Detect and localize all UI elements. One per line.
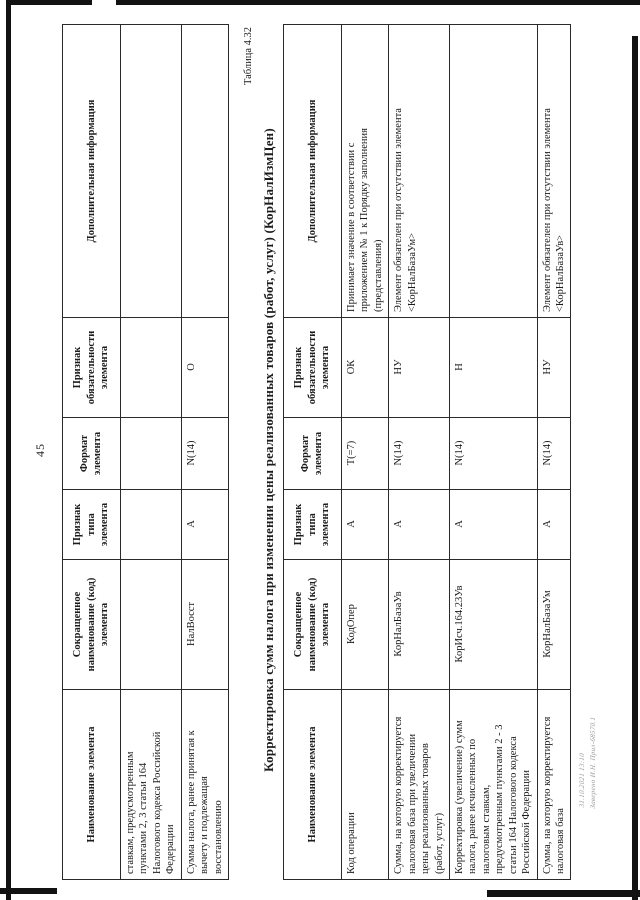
cell-element-required: ОК <box>341 318 388 418</box>
cell-element-format: N(14) <box>389 418 450 490</box>
page-number: 45 <box>33 0 48 900</box>
main-table: Наименование элемента Сокращенное наимен… <box>283 24 571 880</box>
table-row: Код операции КодОпер А Т(=7) ОК Принимае… <box>341 25 388 880</box>
cell-element-name: Сумма налога, ранее принятая к вычету и … <box>181 690 228 880</box>
table-row: Корректировка (увеличение) сумм налога, … <box>449 25 537 880</box>
cell-element-format <box>120 418 181 490</box>
cell-element-format: N(14) <box>449 418 537 490</box>
cell-element-code: КодОпер <box>341 560 388 690</box>
col-header-name: Наименование элемента <box>284 690 342 880</box>
cell-element-type: А <box>537 490 571 560</box>
cell-element-info <box>181 25 228 318</box>
cell-element-name: Сумма, на которую корректируется налогов… <box>389 690 450 880</box>
print-timestamp-stamp: 31.10.2021 13:10 Заверено И.Н. Прил-б857… <box>577 715 598 809</box>
col-header-format: Формат элемента <box>63 418 121 490</box>
rotated-page-content: 45 Наименование элемента Сокращенное наи… <box>0 0 640 900</box>
col-header-required: Признак обязательности элемента <box>284 318 342 418</box>
cell-element-type: А <box>181 490 228 560</box>
scan-edge-bottom-right <box>487 890 640 897</box>
continuation-table-header-row: Наименование элемента Сокращенное наимен… <box>63 25 121 880</box>
col-header-type: Признак типа элемента <box>63 490 121 560</box>
cell-element-code: КорНалБазаУм <box>537 560 571 690</box>
cell-element-name: Корректировка (увеличение) сумм налога, … <box>449 690 537 880</box>
cell-element-type: А <box>389 490 450 560</box>
table-row: Сумма, на которую корректируется налогов… <box>537 25 571 880</box>
col-header-format: Формат элемента <box>284 418 342 490</box>
cell-element-type <box>120 490 181 560</box>
cell-element-code: КорНалБазаУв <box>389 560 450 690</box>
cell-element-info: Принимает значение в соответствии с прил… <box>341 25 388 318</box>
scan-edge-left <box>6 0 11 900</box>
col-header-type: Признак типа элемента <box>284 490 342 560</box>
cell-element-code <box>120 560 181 690</box>
cell-element-type: А <box>449 490 537 560</box>
scan-edge-right <box>632 36 638 900</box>
cell-element-format: Т(=7) <box>341 418 388 490</box>
main-table-header-row: Наименование элемента Сокращенное наимен… <box>284 25 342 880</box>
stamp-line-1: 31.10.2021 13:10 <box>577 715 588 808</box>
col-header-info: Дополнительная информация <box>63 25 121 318</box>
cell-element-info: Элемент обязателен при отсутствии элемен… <box>389 25 450 318</box>
stamp-line-2: Заверено И.Н. Прил-б8570.1 <box>588 716 599 809</box>
cell-element-type: А <box>341 490 388 560</box>
cell-element-info: Элемент обязателен при отсутствии элемен… <box>537 25 571 318</box>
cell-element-required: НУ <box>537 318 571 418</box>
cell-element-required: О <box>181 318 228 418</box>
table-caption: Таблица 4.32 <box>243 27 254 880</box>
cell-element-name: Код операции <box>341 690 388 880</box>
cell-element-required <box>120 318 181 418</box>
cell-element-required: НУ <box>389 318 450 418</box>
col-header-code: Сокращенное наименование (код) элемента <box>284 560 342 690</box>
scanned-document-page: 45 Наименование элемента Сокращенное наи… <box>0 0 640 900</box>
col-header-info: Дополнительная информация <box>284 25 342 318</box>
col-header-name: Наименование элемента <box>63 690 121 880</box>
cell-element-name: ставкам, предусмотренным пунктами 2, 3 с… <box>120 690 181 880</box>
table-row: ставкам, предусмотренным пунктами 2, 3 с… <box>120 25 181 880</box>
cell-element-info <box>120 25 181 318</box>
continuation-table: Наименование элемента Сокращенное наимен… <box>62 24 229 880</box>
cell-element-format: N(14) <box>537 418 571 490</box>
table-row: Сумма, на которую корректируется налогов… <box>389 25 450 880</box>
cell-element-required: Н <box>449 318 537 418</box>
cell-element-info <box>449 25 537 318</box>
cell-element-code: КорИсч.164.23Ув <box>449 560 537 690</box>
col-header-required: Признак обязательности элемента <box>63 318 121 418</box>
cell-element-code: НалВосст <box>181 560 228 690</box>
col-header-code: Сокращенное наименование (код) элемента <box>63 560 121 690</box>
scan-edge-top <box>116 0 640 5</box>
scan-edge-top <box>6 0 92 5</box>
scan-edge-bottom-left <box>0 888 57 894</box>
table-title: Корректировка сумм налога при изменении … <box>261 10 277 890</box>
cell-element-name: Сумма, на которую корректируется налогов… <box>537 690 571 880</box>
table-row: Сумма налога, ранее принятая к вычету и … <box>181 25 228 880</box>
cell-element-format: N(14) <box>181 418 228 490</box>
